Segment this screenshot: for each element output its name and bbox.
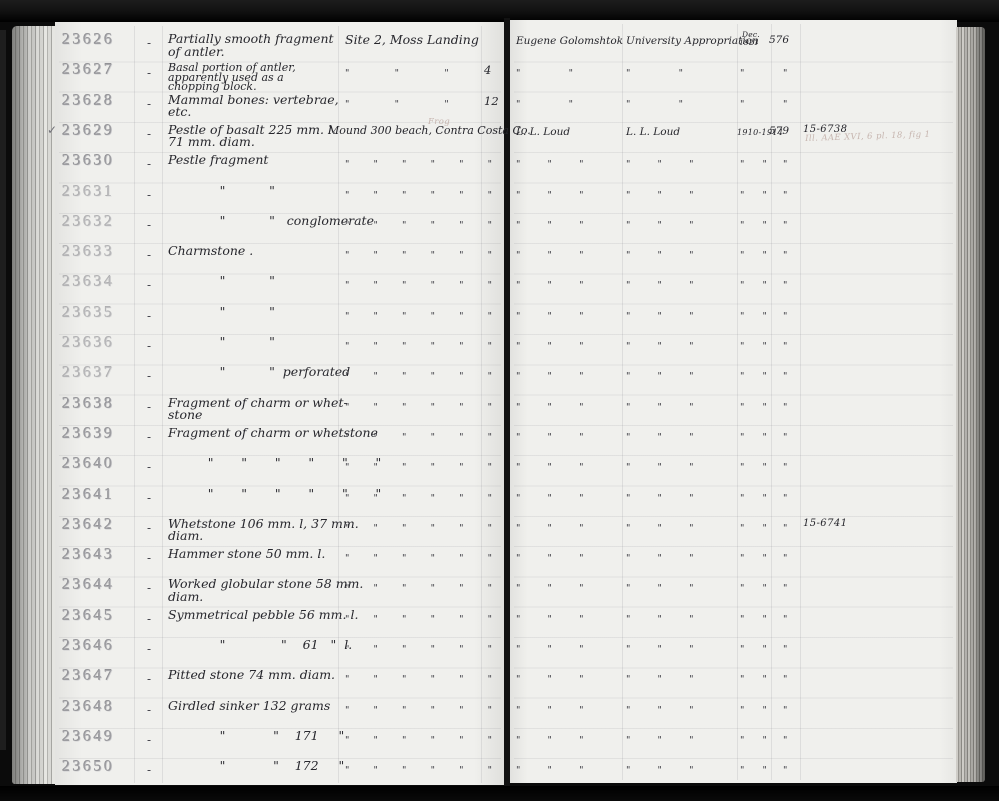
item-description: Pitted stone 74 mm. diam. bbox=[168, 669, 335, 682]
locality: " " " " " " bbox=[345, 250, 492, 263]
date-collected: " bbox=[740, 99, 744, 112]
item-description: Mammal bones: vertebrae, bbox=[168, 94, 339, 107]
accession-number: " bbox=[783, 220, 787, 233]
ledger-row-23644: 23644-Worked globular stone 58 mm.diam."… bbox=[0, 576, 999, 607]
check-mark: ✓ bbox=[47, 124, 57, 137]
collector: " " " bbox=[516, 220, 583, 233]
collector: " " " bbox=[516, 402, 583, 415]
entry-dash: - bbox=[147, 613, 151, 626]
entry-dash: - bbox=[147, 552, 151, 565]
item-description: " " bbox=[168, 306, 275, 319]
locality: " " " " " " bbox=[345, 402, 492, 415]
locality: " " " " " " bbox=[345, 493, 492, 506]
collector: " " " bbox=[516, 341, 583, 354]
accession-number: " bbox=[783, 462, 787, 475]
accession-number: " bbox=[783, 705, 787, 718]
pencil-note-locality: Frog bbox=[428, 116, 450, 129]
date-collected: " " bbox=[740, 705, 767, 718]
catalog-number: 23641 bbox=[62, 486, 115, 503]
locality: " " " " " " bbox=[345, 674, 492, 687]
how-acquired: L. L. Loud bbox=[626, 126, 680, 139]
catalog-number: 23650 bbox=[62, 758, 115, 775]
quantity: 12 bbox=[484, 95, 499, 108]
date-collected: " " bbox=[740, 493, 767, 506]
entry-dash: - bbox=[147, 279, 151, 292]
ledger-row-23636: 23636- " "" " " " " "" " "" " "" "" bbox=[0, 334, 999, 365]
ledger-row-23634: 23634- " "" " " " " "" " "" " "" "" bbox=[0, 273, 999, 304]
how-acquired: " " " bbox=[626, 493, 693, 506]
how-acquired: " " " bbox=[626, 311, 693, 324]
how-acquired: " " " bbox=[626, 220, 693, 233]
accession-number: " bbox=[783, 311, 787, 324]
date-collected: " " bbox=[740, 644, 767, 657]
locality: " " " " " " bbox=[345, 705, 492, 718]
date-collected: " bbox=[740, 68, 744, 81]
locality: " " " " " " bbox=[345, 553, 492, 566]
entry-dash: - bbox=[147, 704, 151, 717]
catalog-number: 23645 bbox=[62, 607, 115, 624]
locality: " " " " " " bbox=[345, 220, 492, 233]
accession-number: " bbox=[783, 371, 787, 384]
item-description: stone bbox=[168, 409, 202, 422]
accession-number: " bbox=[783, 765, 787, 778]
locality: " " " " " " bbox=[345, 735, 492, 748]
catalog-number: 23639 bbox=[62, 425, 115, 442]
accession-number: " bbox=[783, 99, 787, 112]
how-acquired: " " bbox=[626, 68, 683, 81]
how-acquired: " " " bbox=[626, 765, 693, 778]
locality: " " " " " " bbox=[345, 462, 492, 475]
date-collected: " " bbox=[740, 341, 767, 354]
item-description: diam. bbox=[168, 530, 203, 543]
catalog-number: 23635 bbox=[62, 304, 115, 321]
collector: " " " bbox=[516, 674, 583, 687]
accession-number: " bbox=[783, 614, 787, 627]
ledger-row-23628: 23628-Mammal bones: vertebrae,etc." " "1… bbox=[0, 92, 999, 123]
date-collected: " " bbox=[740, 220, 767, 233]
collector: " " bbox=[516, 68, 573, 81]
how-acquired: " " " bbox=[626, 674, 693, 687]
item-description: Charmstone . bbox=[168, 245, 253, 258]
entry-dash: - bbox=[147, 67, 151, 80]
ledger-row-23648: 23648-Girdled sinker 132 grams" " " " " … bbox=[0, 698, 999, 729]
catalog-number: 23637 bbox=[62, 364, 115, 381]
accession-number: " bbox=[783, 523, 787, 536]
entry-dash: - bbox=[147, 734, 151, 747]
collector: " " " bbox=[516, 371, 583, 384]
how-acquired: " " " bbox=[626, 341, 693, 354]
date-collected: " " bbox=[740, 190, 767, 203]
entry-dash: - bbox=[147, 461, 151, 474]
collector: " " " bbox=[516, 493, 583, 506]
ledger-row-23637: 23637- " " perforated" " " " " "" " "" "… bbox=[0, 364, 999, 395]
item-description: " " 171 " bbox=[168, 730, 344, 743]
accession-number: " bbox=[783, 280, 787, 293]
item-description: Girdled sinker 132 grams bbox=[168, 700, 330, 713]
item-description: " " conglomerate bbox=[168, 215, 374, 228]
ledger-row-23646: 23646- " " 61 " l." " " " " "" " "" " ""… bbox=[0, 637, 999, 668]
locality: " " " " " " bbox=[345, 190, 492, 203]
accession-number: 576 bbox=[769, 34, 789, 47]
date-collected: " " bbox=[740, 553, 767, 566]
ledger-row-23630: 23630-Pestle fragment" " " " " "" " "" "… bbox=[0, 152, 999, 183]
item-description: of antler. bbox=[168, 46, 225, 59]
date-collected: " " bbox=[740, 583, 767, 596]
locality: " " " " " " bbox=[345, 583, 492, 596]
accession-number: 579 bbox=[769, 125, 789, 138]
date-collected: " " bbox=[740, 250, 767, 263]
how-acquired: " " " bbox=[626, 553, 693, 566]
catalog-number: 23644 bbox=[62, 576, 115, 593]
how-acquired: " " " bbox=[626, 462, 693, 475]
locality: Site 2, Moss Landing bbox=[345, 34, 479, 47]
collector: L. L. Loud bbox=[516, 126, 570, 139]
entry-dash: - bbox=[147, 401, 151, 414]
collector: " " " bbox=[516, 765, 583, 778]
locality: " " " " " " bbox=[345, 311, 492, 324]
date-collected: " " bbox=[740, 402, 767, 415]
date-collected: " " bbox=[740, 674, 767, 687]
date-collected: " " bbox=[740, 523, 767, 536]
entry-dash: - bbox=[147, 219, 151, 232]
how-acquired: " " " bbox=[626, 583, 693, 596]
ledger-row-23641: 23641- " " " " " "" " " " " "" " "" " ""… bbox=[0, 486, 999, 517]
item-description: Symmetrical pebble 56 mm. l. bbox=[168, 609, 358, 622]
locality: " " " " " " bbox=[345, 280, 492, 293]
entry-dash: - bbox=[147, 522, 151, 535]
catalog-number: 23646 bbox=[62, 637, 115, 654]
catalog-number: 23631 bbox=[62, 183, 115, 200]
collector: " " " bbox=[516, 250, 583, 263]
ledger-scan-photo: 23626-Partially smooth fragmentof antler… bbox=[0, 0, 999, 801]
how-acquired: " " " bbox=[626, 190, 693, 203]
entry-dash: - bbox=[147, 582, 151, 595]
how-acquired: " " bbox=[626, 99, 683, 112]
date-collected: " " bbox=[740, 371, 767, 384]
ledger-row-23632: 23632- " " conglomerate" " " " " "" " ""… bbox=[0, 213, 999, 244]
entry-dash: - bbox=[147, 98, 151, 111]
ledger-row-23638: 23638-Fragment of charm or whet-stone" "… bbox=[0, 395, 999, 426]
how-acquired: " " " bbox=[626, 432, 693, 445]
catalog-number: 23632 bbox=[62, 213, 115, 230]
accession-number: " bbox=[783, 190, 787, 203]
how-acquired: " " " bbox=[626, 644, 693, 657]
ledger-row-23639: 23639-Fragment of charm or whetstone" " … bbox=[0, 425, 999, 456]
entry-dash: - bbox=[147, 310, 151, 323]
how-acquired: " " " bbox=[626, 159, 693, 172]
catalog-number: 23642 bbox=[62, 516, 115, 533]
locality: " " " " " " bbox=[345, 341, 492, 354]
ledger-row-23645: 23645-Symmetrical pebble 56 mm. l." " " … bbox=[0, 607, 999, 638]
catalog-number: 23638 bbox=[62, 395, 115, 412]
how-acquired: " " " bbox=[626, 523, 693, 536]
ledger-row-23650: 23650- " " 172 "" " " " " "" " "" " "" "… bbox=[0, 758, 999, 789]
locality: " " " bbox=[345, 68, 449, 81]
entry-dash: - bbox=[147, 492, 151, 505]
how-acquired: " " " bbox=[626, 280, 693, 293]
how-acquired: " " " bbox=[626, 402, 693, 415]
ledger-row-23649: 23649- " " 171 "" " " " " "" " "" " "" "… bbox=[0, 728, 999, 759]
catalog-number: 23629 bbox=[62, 122, 115, 139]
catalog-number: 23643 bbox=[62, 546, 115, 563]
collector: " " " bbox=[516, 432, 583, 445]
entry-dash: - bbox=[147, 340, 151, 353]
ledger-row-23640: 23640- " " " " " "" " " " " "" " "" " ""… bbox=[0, 455, 999, 486]
collector: " " " bbox=[516, 159, 583, 172]
ledger-row-23629: 23629✓-Pestle of basalt 225 mm. l.71 mm.… bbox=[0, 122, 999, 153]
date-collected: " " bbox=[740, 765, 767, 778]
ledger-row-23631: 23631- " "" " " " " "" " "" " "" "" bbox=[0, 183, 999, 214]
accession-number: " bbox=[783, 432, 787, 445]
accession-number: " bbox=[783, 583, 787, 596]
accession-number: " bbox=[783, 68, 787, 81]
ledger-row-23627: 23627-Basal portion of antler,apparently… bbox=[0, 61, 999, 92]
accession-number: " bbox=[783, 159, 787, 172]
item-description: " " bbox=[168, 185, 275, 198]
collector: " " " bbox=[516, 462, 583, 475]
how-acquired: " " " bbox=[626, 614, 693, 627]
collector: Eugene Golomshtok bbox=[516, 35, 623, 48]
locality: " " " bbox=[345, 99, 449, 112]
accession-number: " bbox=[783, 735, 787, 748]
accession-number: " bbox=[783, 250, 787, 263]
catalog-number: 23628 bbox=[62, 92, 115, 109]
catalog-number: 23648 bbox=[62, 698, 115, 715]
catalog-number: 23649 bbox=[62, 728, 115, 745]
ledger-row-23642: 23642-Whetstone 106 mm. l, 37 mm.diam." … bbox=[0, 516, 999, 547]
ledger-row-23643: 23643-Hammer stone 50 mm. l." " " " " ""… bbox=[0, 546, 999, 577]
ledger-row-23633: 23633-Charmstone ." " " " " "" " "" " ""… bbox=[0, 243, 999, 274]
date-collected: " " bbox=[740, 432, 767, 445]
ledger-row-23626: 23626-Partially smooth fragmentof antler… bbox=[0, 31, 999, 62]
catalog-number: 23647 bbox=[62, 667, 115, 684]
entry-dash: - bbox=[147, 673, 151, 686]
accession-number: " bbox=[783, 644, 787, 657]
catalog-number: 23633 bbox=[62, 243, 115, 260]
entry-dash: - bbox=[147, 189, 151, 202]
date-collected: 1921 bbox=[739, 39, 759, 47]
collector: " " " bbox=[516, 735, 583, 748]
entry-dash: - bbox=[147, 370, 151, 383]
entry-dash: - bbox=[147, 37, 151, 50]
how-acquired: " " " bbox=[626, 250, 693, 263]
date-collected: " " bbox=[740, 735, 767, 748]
item-description: Hammer stone 50 mm. l. bbox=[168, 548, 325, 561]
catalog-number: 23626 bbox=[62, 31, 115, 48]
accession-number: " bbox=[783, 493, 787, 506]
item-description: 71 mm. diam. bbox=[168, 136, 255, 149]
how-acquired: " " " bbox=[626, 735, 693, 748]
how-acquired: " " " bbox=[626, 705, 693, 718]
ledger-row-23647: 23647-Pitted stone 74 mm. diam." " " " "… bbox=[0, 667, 999, 698]
museum-number: 15-6741 bbox=[803, 518, 847, 531]
locality: " " " " " " bbox=[345, 371, 492, 384]
catalog-number: 23634 bbox=[62, 273, 115, 290]
accession-number: " bbox=[783, 553, 787, 566]
item-description: Pestle fragment bbox=[168, 154, 268, 167]
collector: " " " bbox=[516, 280, 583, 293]
accession-number: " bbox=[783, 402, 787, 415]
collector: " " " bbox=[516, 190, 583, 203]
collector: " " " bbox=[516, 523, 583, 536]
catalog-number: 23627 bbox=[62, 61, 115, 78]
entry-dash: - bbox=[147, 764, 151, 777]
collector: " " " bbox=[516, 614, 583, 627]
how-acquired: " " " bbox=[626, 371, 693, 384]
catalog-number: 23636 bbox=[62, 334, 115, 351]
ledger-row-23635: 23635- " "" " " " " "" " "" " "" "" bbox=[0, 304, 999, 335]
item-description: " " perforated bbox=[168, 366, 350, 379]
item-description: diam. bbox=[168, 591, 203, 604]
locality: " " " " " " bbox=[345, 523, 492, 536]
item-description: " " bbox=[168, 336, 275, 349]
locality: " " " " " " bbox=[345, 432, 492, 445]
collector: " " " bbox=[516, 644, 583, 657]
collector: " " " bbox=[516, 553, 583, 566]
collector: " " " bbox=[516, 311, 583, 324]
catalog-number: 23640 bbox=[62, 455, 115, 472]
entry-dash: - bbox=[147, 128, 151, 141]
date-collected: " " bbox=[740, 614, 767, 627]
item-description: " " bbox=[168, 275, 275, 288]
entry-dash: - bbox=[147, 431, 151, 444]
entry-dash: - bbox=[147, 158, 151, 171]
catalog-number: 23630 bbox=[62, 152, 115, 169]
item-description: etc. bbox=[168, 106, 191, 119]
accession-number: " bbox=[783, 674, 787, 687]
locality: " " " " " " bbox=[345, 644, 492, 657]
entry-dash: - bbox=[147, 643, 151, 656]
accession-number: " bbox=[783, 341, 787, 354]
collector: " " " bbox=[516, 705, 583, 718]
collector: " " bbox=[516, 99, 573, 112]
item-description: " " 172 " bbox=[168, 760, 344, 773]
entry-dash: - bbox=[147, 249, 151, 262]
item-description: " " 61 " l. bbox=[168, 639, 352, 652]
date-collected: " " bbox=[740, 311, 767, 324]
date-collected: " " bbox=[740, 159, 767, 172]
date-collected: " " bbox=[740, 462, 767, 475]
collector: " " " bbox=[516, 583, 583, 596]
locality: " " " " " " bbox=[345, 614, 492, 627]
locality: " " " " " " bbox=[345, 765, 492, 778]
quantity: 4 bbox=[484, 64, 491, 77]
date-collected: " " bbox=[740, 280, 767, 293]
locality: " " " " " " bbox=[345, 159, 492, 172]
